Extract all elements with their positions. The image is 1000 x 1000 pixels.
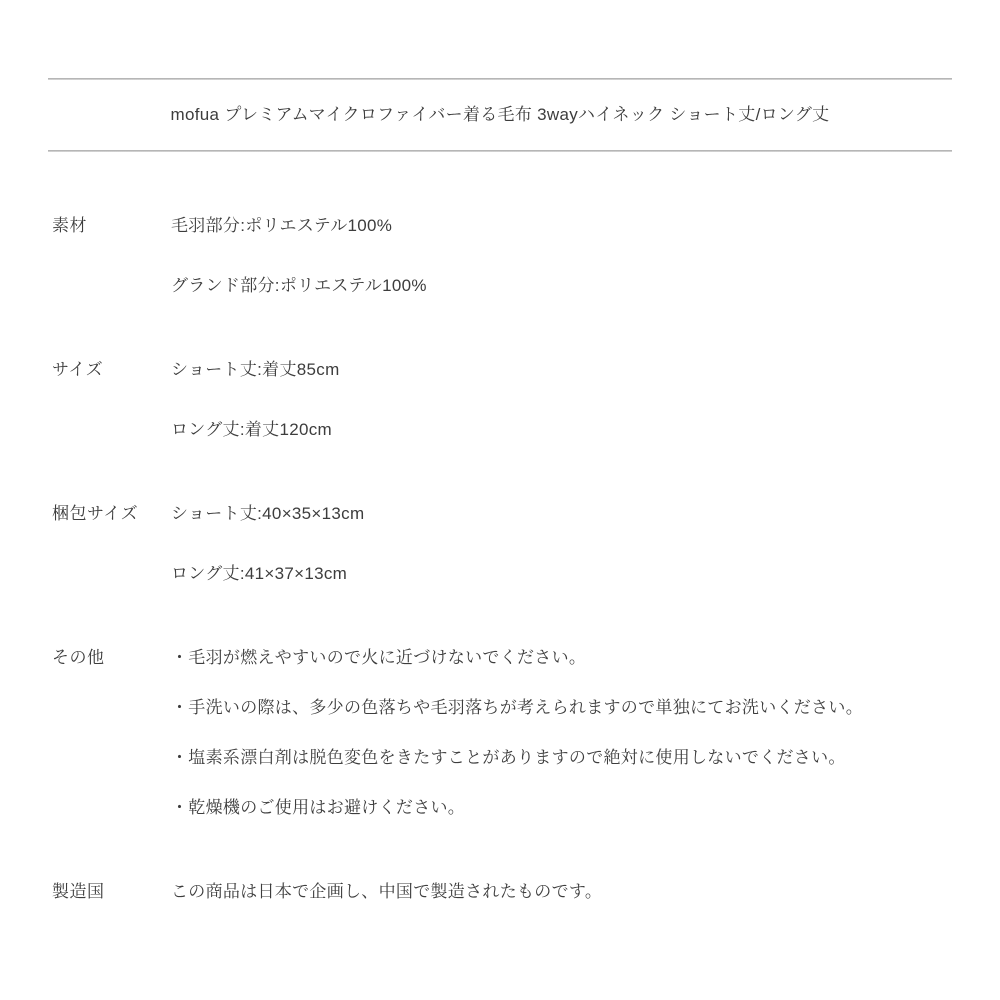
spec-values: ショート丈:着丈85cm ロング丈:着丈120cm bbox=[171, 358, 952, 442]
spec-table: 素材 毛羽部分:ポリエステル100% グランド部分:ポリエステル100% サイズ… bbox=[48, 214, 952, 904]
spec-values: 毛羽部分:ポリエステル100% グランド部分:ポリエステル100% bbox=[171, 214, 952, 298]
spec-row-notes: その他 ・毛羽が燃えやすいので火に近づけないでください。 ・手洗いの際は、多少の… bbox=[48, 646, 952, 820]
spec-row-country: 製造国 この商品は日本で企画し、中国で製造されたものです。 bbox=[48, 880, 952, 904]
spec-note-line: ・塩素系漂白剤は脱色変色をきたすことがありますので絶対に使用しないでください。 bbox=[171, 746, 952, 770]
spec-value-line: ショート丈:40×35×13cm bbox=[171, 502, 952, 526]
spec-row-size: サイズ ショート丈:着丈85cm ロング丈:着丈120cm bbox=[48, 358, 952, 442]
spec-label: サイズ bbox=[48, 358, 171, 382]
spec-label: その他 bbox=[48, 646, 171, 670]
spec-values: ・毛羽が燃えやすいので火に近づけないでください。 ・手洗いの際は、多少の色落ちや… bbox=[171, 646, 952, 820]
spec-note-line: ・乾燥機のご使用はお避けください。 bbox=[171, 796, 952, 820]
spec-row-material: 素材 毛羽部分:ポリエステル100% グランド部分:ポリエステル100% bbox=[48, 214, 952, 298]
spec-value-line: この商品は日本で企画し、中国で製造されたものです。 bbox=[171, 880, 952, 904]
spec-values: この商品は日本で企画し、中国で製造されたものです。 bbox=[171, 880, 952, 904]
spec-note-line: ・手洗いの際は、多少の色落ちや毛羽落ちが考えられますので単独にてお洗いください。 bbox=[171, 696, 952, 720]
product-spec-page: mofua プレミアムマイクロファイバー着る毛布 3wayハイネック ショート丈… bbox=[0, 0, 1000, 1000]
spec-row-package-size: 梱包サイズ ショート丈:40×35×13cm ロング丈:41×37×13cm bbox=[48, 502, 952, 586]
spec-value-line: ロング丈:41×37×13cm bbox=[171, 562, 952, 586]
title-wrap: mofua プレミアムマイクロファイバー着る毛布 3wayハイネック ショート丈… bbox=[48, 80, 952, 150]
header-bottom-divider bbox=[48, 150, 952, 152]
spec-value-line: 毛羽部分:ポリエステル100% bbox=[171, 214, 952, 238]
spec-values: ショート丈:40×35×13cm ロング丈:41×37×13cm bbox=[171, 502, 952, 586]
spec-note-line: ・毛羽が燃えやすいので火に近づけないでください。 bbox=[171, 646, 952, 670]
spec-value-line: ロング丈:着丈120cm bbox=[171, 418, 952, 442]
spec-value-line: ショート丈:着丈85cm bbox=[171, 358, 952, 382]
spec-label: 素材 bbox=[48, 214, 171, 238]
spec-label: 製造国 bbox=[48, 880, 171, 904]
spec-content: mofua プレミアムマイクロファイバー着る毛布 3wayハイネック ショート丈… bbox=[48, 78, 952, 904]
product-title: mofua プレミアムマイクロファイバー着る毛布 3wayハイネック ショート丈… bbox=[48, 102, 952, 128]
spec-value-line: グランド部分:ポリエステル100% bbox=[171, 274, 952, 298]
spec-header: mofua プレミアムマイクロファイバー着る毛布 3wayハイネック ショート丈… bbox=[48, 78, 952, 152]
spec-label: 梱包サイズ bbox=[48, 502, 171, 526]
